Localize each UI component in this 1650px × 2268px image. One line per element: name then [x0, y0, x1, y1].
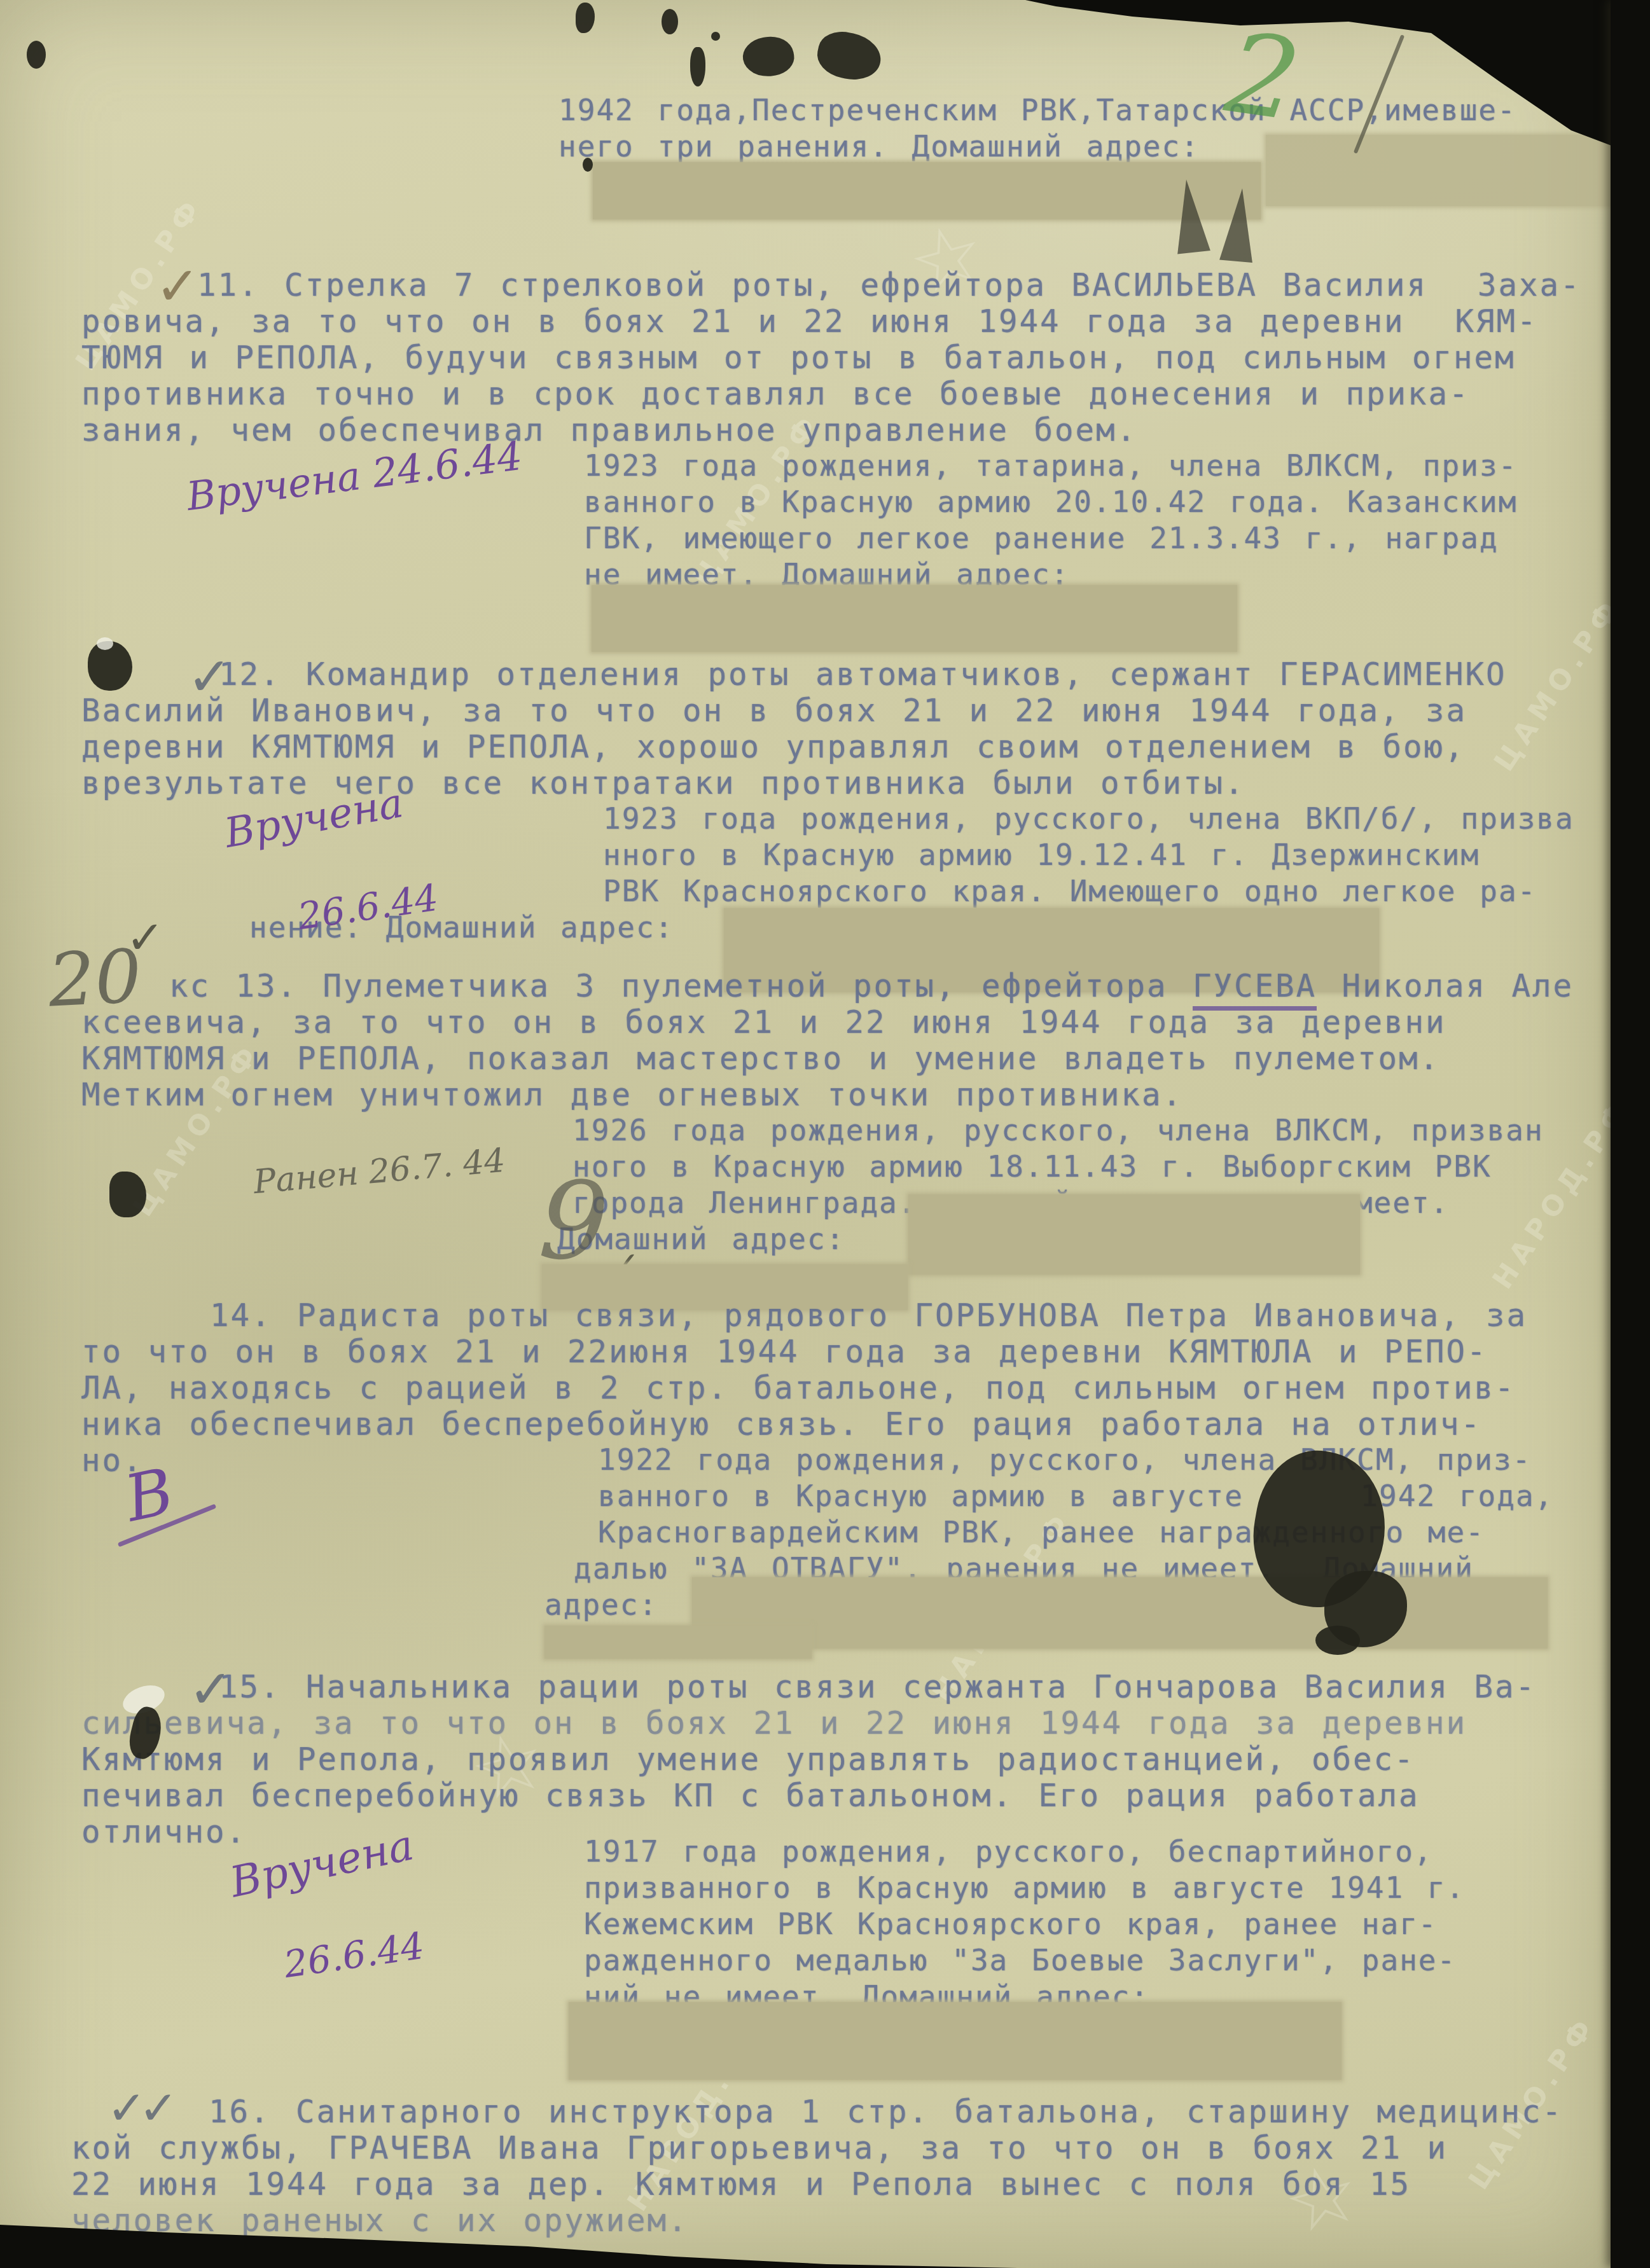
ink-blot [109, 1172, 146, 1217]
typed-line: Метким огнем уничтожил две огневых точки… [81, 1077, 1183, 1113]
typed-line: ного в Красную армию 18.11.43 г. Выборгс… [572, 1149, 1492, 1184]
typed-line: 11. Стрелка 7 стрелковой роты, ефрейтора… [197, 267, 1581, 303]
typed-line: ЛА, находясь с рацией в 2 стр. батальоне… [81, 1370, 1516, 1406]
typed-line: него три ранения. Домашний адрес: [558, 129, 1200, 163]
typed-line: КЯМТЮМЯ и РЕПОЛА, показал мастерство и у… [81, 1041, 1440, 1077]
typed-line: врезультате чего все контратаки противни… [81, 765, 1245, 801]
pencil-scribble [1219, 187, 1259, 263]
line-suffix: Николая Але [1317, 968, 1574, 1004]
typed-line: кс 13. Пулеметчика 3 пулеметной роты, еф… [169, 968, 1574, 1004]
typed-line: сильевича, за то что он в боях 21 и 22 и… [81, 1705, 1467, 1741]
ink-drip [690, 47, 705, 86]
typed-line: ровича, за то что он в боях 21 и 22 июня… [81, 303, 1538, 340]
typed-line: 22 июня 1944 года за дер. Кямтюмя и Репо… [71, 2166, 1411, 2202]
typed-line: 1923 года рождения, русского, члена ВКП/… [603, 801, 1574, 836]
typed-line: Кежемским РВК Красноярского края, ранее … [584, 1907, 1438, 1941]
typed-line: противника точно и в срок доставлял все … [81, 376, 1470, 412]
typed-line: 12. Командир отделения роты автоматчиков… [219, 656, 1507, 693]
redaction-block [692, 1577, 1548, 1649]
typed-line: ванного в Красную армию в августе 1942 г… [598, 1479, 1553, 1513]
checkmark-icon: ✓ [126, 915, 164, 960]
typed-line: ражденного медалью "За Боевые Заслуги", … [584, 1943, 1456, 1977]
redaction-block [544, 1626, 812, 1659]
typed-line: РВК Красноярского края. Имеющего одно ле… [603, 874, 1536, 908]
typed-line: Василий Иванович, за то что он в боях 21… [81, 693, 1467, 729]
typed-line: 1917 года рождения, русского, беспартийн… [584, 1834, 1433, 1869]
redaction-block [1266, 135, 1612, 206]
typed-line: кой службы, ГРАЧЕВА Ивана Григорьевича, … [71, 2130, 1448, 2166]
typed-line: деревни КЯМТЮМЯ и РЕПОЛА, хорошо управля… [81, 729, 1466, 765]
hole-punch [27, 41, 46, 69]
document-scan: ЦАМО.РФ ЦАМО.РФ ЦАМО.РФ НАРОД.РФ НАРОД.Р… [0, 0, 1650, 2268]
typed-line: зания, чем обеспечивал правильное управл… [81, 412, 1137, 448]
typed-line: ТЮМЯ и РЕПОЛА, будучи связным от роты в … [81, 340, 1516, 376]
redaction-block [592, 585, 1237, 652]
ink-dot [711, 32, 720, 41]
typed-line: 1923 года рождения, татарина, члена ВЛКС… [584, 448, 1517, 483]
ink-blot [1315, 1626, 1360, 1655]
typed-line: то что он в боях 21 и 22июня 1944 года з… [81, 1334, 1488, 1370]
typed-line: ГВК, имеющего легкое ранение 21.3.43 г.,… [584, 521, 1499, 555]
typed-line: ника обеспечивал бесперебойную связь. Ег… [81, 1406, 1481, 1442]
redaction-block [569, 2002, 1341, 2080]
photo-background-edge [1611, 0, 1650, 2268]
line-prefix: кс 13. Пулеметчика 3 пулеметной роты, еф… [169, 968, 1193, 1004]
typed-line: 1922 года рождения, русского, члена ВЛКС… [598, 1442, 1531, 1477]
typed-line: нного в Красную армию 19.12.41 г. Дзержи… [603, 838, 1480, 872]
ink-dot [583, 158, 593, 172]
typed-line: 14. Радиста роты связи, рядового ГОРБУНО… [210, 1297, 1527, 1334]
typed-line: 1926 года рождения, русского, члена ВЛКС… [572, 1113, 1544, 1147]
double-checkmark-icon: ✓✓ [107, 2085, 170, 2132]
redaction-block [593, 162, 1261, 219]
paper-tear-highlight [97, 637, 113, 650]
typed-line: призванного в Красную армию в августе 19… [584, 1870, 1465, 1905]
typed-line: ксеевича, за то что он в боях 21 и 22 ию… [81, 1004, 1446, 1041]
typed-line: печивал бесперебойную связь КП с батальо… [81, 1778, 1420, 1814]
typed-line: адрес: [544, 1587, 658, 1622]
typed-line: ванного в Красную армию 20.10.42 года. К… [584, 485, 1517, 519]
typed-line: Кямтюмя и Репола, проявил умение управля… [81, 1741, 1415, 1778]
ink-blot [662, 9, 678, 34]
redaction-block [908, 1194, 1360, 1275]
typed-line: отлично. [81, 1814, 247, 1850]
typed-line: 16. Санитарного инструктора 1 стр. батал… [209, 2094, 1563, 2130]
typed-line: 15. Начальника рации роты связи сержанта… [219, 1669, 1536, 1705]
